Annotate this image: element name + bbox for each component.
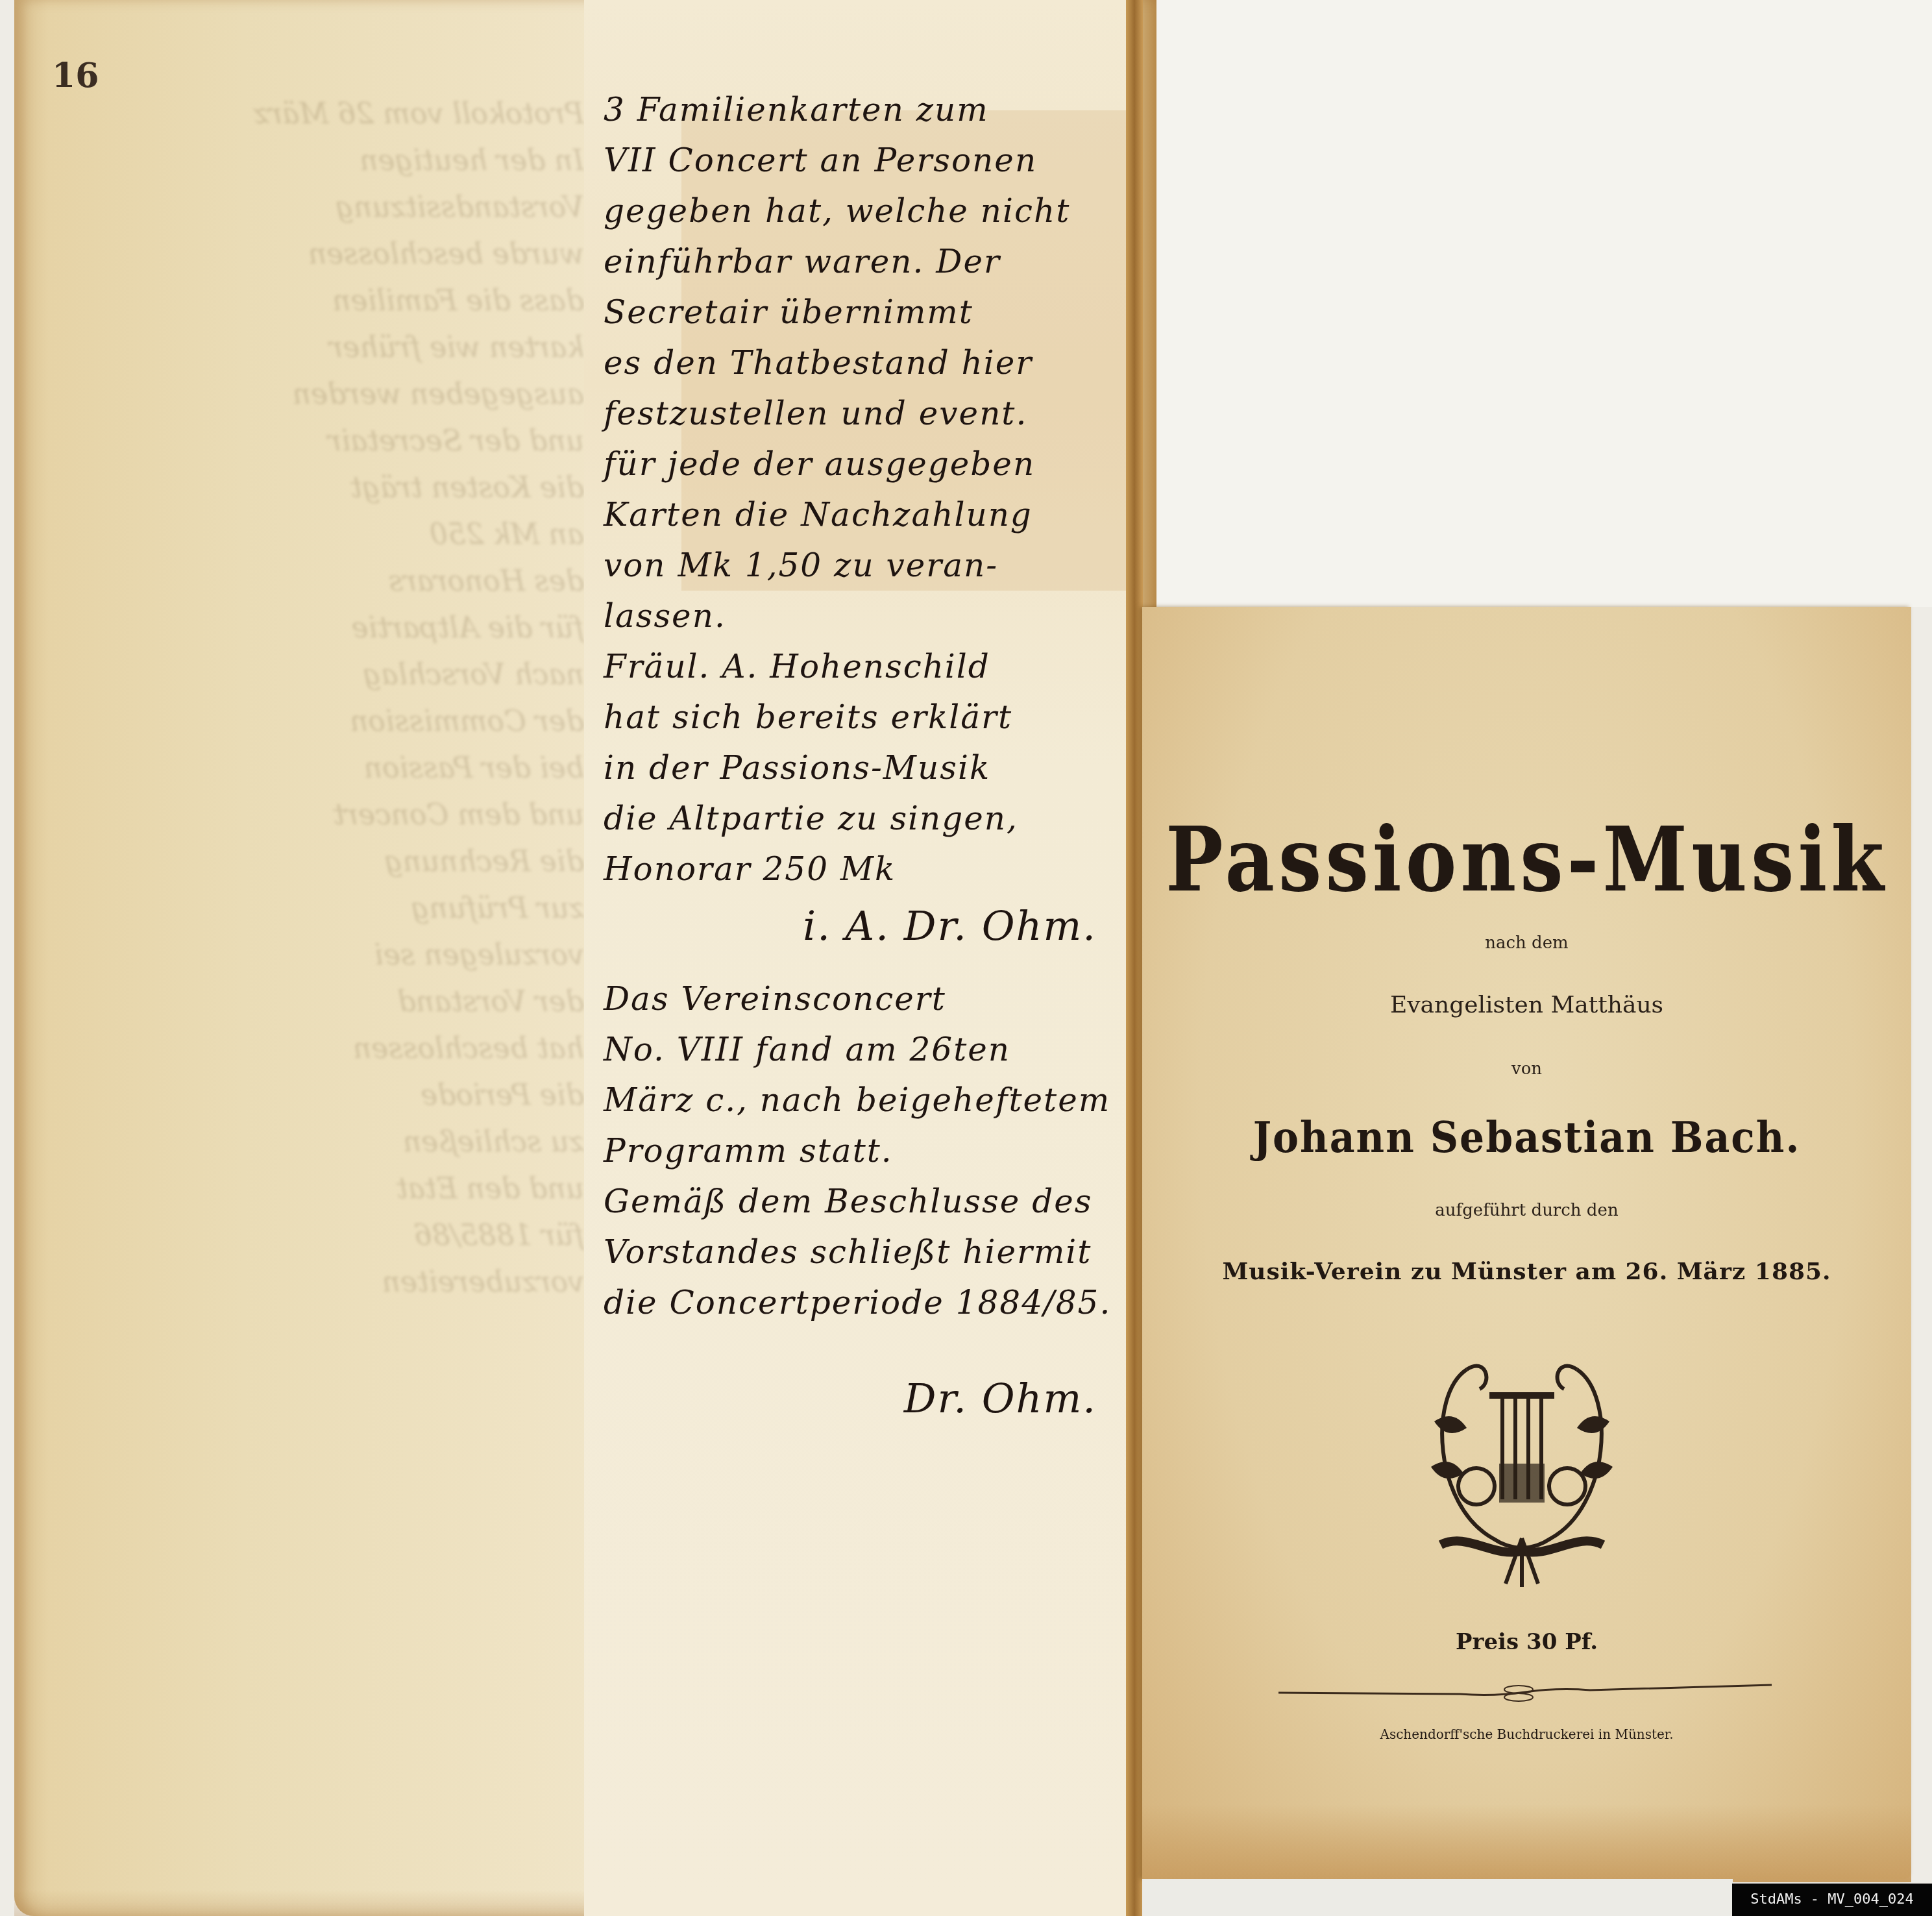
program-edge-shade xyxy=(1142,1804,1911,1882)
entry-line: die Altpartie zu singen, xyxy=(604,793,1123,844)
program-line-nach-dem: nach dem xyxy=(1142,933,1911,953)
entry-line: Programm statt. xyxy=(604,1125,1123,1176)
entry-line: März c., nach beigeheftetem xyxy=(604,1075,1123,1125)
background-sheet xyxy=(1143,0,1932,607)
handwritten-entry-1: 3 Familienkarten zum VII Concert an Pers… xyxy=(604,84,1123,952)
entry-line: von Mk 1,50 zu veran- xyxy=(604,540,1123,591)
program-line-von: von xyxy=(1142,1059,1911,1079)
background-sheet-bottom xyxy=(1142,1879,1733,1916)
entry-line: Gemäß dem Beschlusse des xyxy=(604,1176,1123,1227)
entry-line: für jede der ausgegeben xyxy=(604,439,1123,489)
entry-line: Karten die Nachzahlung xyxy=(604,489,1123,540)
entry-line: No. VIII fand am 26ten xyxy=(604,1024,1123,1075)
entry-line: die Concertperiode 1884/85. xyxy=(604,1277,1123,1328)
program-line-performed-by: aufgeführt durch den xyxy=(1142,1201,1911,1220)
entry-line: VII Concert an Personen xyxy=(604,135,1123,186)
entry-line: es den Thatbestand hier xyxy=(604,338,1123,388)
book-gutter xyxy=(1126,0,1143,1916)
page-number: 16 xyxy=(52,56,99,95)
bleed-through-text: Protokoll vom 26 März In der heutigen Vo… xyxy=(71,91,584,1843)
program-title: Passions-Musik xyxy=(1142,808,1911,912)
entry-line: Secretair übernimmt xyxy=(604,287,1123,338)
entry-line: 3 Familienkarten zum xyxy=(604,84,1123,135)
entry-line: hat sich bereits erklärt xyxy=(604,692,1123,743)
handwritten-entry-2: Das Vereinsconcert No. VIII fand am 26te… xyxy=(604,974,1123,1424)
entry-line: Fräul. A. Hohenschild xyxy=(604,641,1123,692)
entry-line: gegeben hat, welche nicht xyxy=(604,186,1123,236)
program-line-evangelist: Evangelisten Matthäus xyxy=(1142,992,1911,1018)
program-event: Musik-Verein zu Münster am 26. März 1885… xyxy=(1142,1258,1911,1285)
entry-line: festzustellen und event. xyxy=(604,388,1123,439)
entry-line: einführbar waren. Der xyxy=(604,236,1123,287)
program-printer: Aschendorff'sche Buchdruckerei in Münste… xyxy=(1142,1726,1911,1742)
entry-line: lassen. xyxy=(604,591,1123,641)
program-composer: Johann Sebastian Bach. xyxy=(1142,1113,1911,1163)
signature: i. A. Dr. Ohm. xyxy=(604,901,1123,952)
archive-label: StdAMs - MV_004_024 xyxy=(1732,1884,1932,1916)
entry-line: in der Passions-Musik xyxy=(604,743,1123,793)
ornamental-rule-icon xyxy=(1278,1682,1772,1702)
entry-line: Das Vereinsconcert xyxy=(604,974,1123,1024)
lyre-ornament-icon xyxy=(1415,1344,1629,1597)
entry-line: Honorar 250 Mk xyxy=(604,844,1123,894)
entry-line: Vorstandes schließt hiermit xyxy=(604,1227,1123,1277)
signature: Dr. Ohm. xyxy=(604,1373,1123,1424)
program-price: Preis 30 Pf. xyxy=(1142,1629,1911,1655)
